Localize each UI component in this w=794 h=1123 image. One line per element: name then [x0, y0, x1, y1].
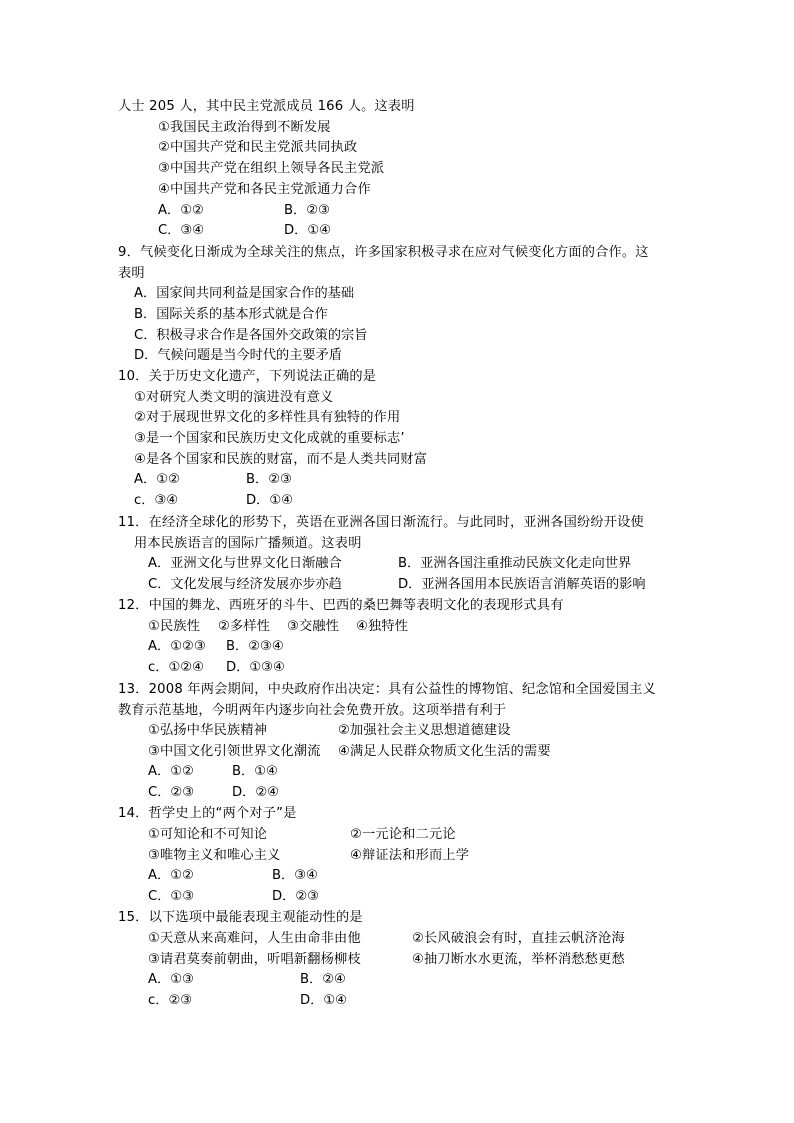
statement-3: ③交融性: [287, 617, 339, 637]
question-stem: 11．在经济全球化的形势下，英语在亚洲各国日渐流行。与此同时，亚洲各国纷纷开设使: [118, 513, 644, 533]
statement-3: ③是一个国家和民族历史文化成就的重要标志’: [134, 429, 405, 449]
statement-1: ①我国民主政治得到不断发展: [158, 118, 331, 138]
option-b: B．②③: [284, 201, 330, 221]
question-stem: 9．气候变化日渐成为全球关注的焦点，许多国家积极寻求在应对气候变化方面的合作。这: [118, 243, 649, 263]
statement-1: ①天意从来高难问，人生由命非由他: [148, 929, 361, 949]
question-stem-continued: 用本民族语言的国际广播频道。这表明: [134, 534, 362, 554]
option-c: C．积极寻求合作是各国外交政策的宗旨: [134, 326, 367, 346]
statement-1: ①弘扬中华民族精神: [148, 721, 267, 741]
option-a: A．①②: [148, 866, 194, 886]
option-a: A．亚洲文化与世界文化日渐融合: [148, 554, 342, 574]
option-b: B．亚洲各国注重推动民族文化走向世界: [398, 554, 631, 574]
statement-2: ②多样性: [218, 617, 270, 637]
option-d: D．①④: [300, 991, 347, 1011]
statement-1: ①可知论和不可知论: [148, 825, 267, 845]
option-a: A．国家间共同利益是国家合作的基础: [134, 284, 354, 304]
statement-1: ①对研究人类文明的演进没有意义: [134, 388, 333, 408]
option-c: C．②③: [148, 783, 194, 803]
option-c: C．①③: [148, 887, 194, 907]
option-c: c．①②④: [148, 658, 204, 678]
question-stem: 13．2008 年两会期间，中央政府作出决定：具有公益性的博物馆、纪念馆和全国爱…: [118, 680, 656, 700]
statement-2: ②中国共产党和民主党派共同执政: [158, 138, 357, 158]
option-c: c．②③: [148, 991, 192, 1011]
exam-page: 人士 205 人，其中民主党派成员 166 人。这表明 ①我国民主政治得到不断发…: [0, 0, 794, 1123]
option-a: A．①③: [148, 970, 194, 990]
option-c: C．③④: [158, 221, 204, 241]
statement-3: ③中国共产党在组织上领导各民主党派: [158, 159, 384, 179]
option-b: B．③④: [272, 866, 318, 886]
option-d: D．气候问题是当今时代的主要矛盾: [134, 346, 342, 366]
option-b: B．②③④: [226, 637, 284, 657]
option-d: D．①④: [284, 221, 331, 241]
question-stem-continued: 表明: [118, 264, 145, 284]
statement-3: ③中国文化引领世界文化潮流: [148, 742, 321, 762]
statement-2: ②加强社会主义思想道德建设: [338, 721, 511, 741]
statement-4: ④辩证法和形而上学: [350, 846, 469, 866]
statement-2: ②对于展现世界文化的多样性具有独特的作用: [134, 408, 400, 428]
option-a: A．①②③: [148, 637, 206, 657]
option-b: B．②④: [300, 970, 346, 990]
question-stem: 12．中国的舞龙、西班牙的斗牛、巴西的桑巴舞等表明文化的表现形式具有: [118, 596, 564, 616]
option-d: D．①③④: [226, 658, 285, 678]
option-d: D．②③: [272, 887, 319, 907]
statement-3: ③唯物主义和唯心主义: [148, 846, 281, 866]
statement-4: ④中国共产党和各民主党派通力合作: [158, 180, 371, 200]
statement-3: ③请君莫奏前朝曲，听唱新翻杨柳枝: [148, 950, 361, 970]
option-c: c．③④: [134, 491, 178, 511]
option-a: A．①②: [134, 470, 180, 490]
option-b: B．②③: [246, 470, 292, 490]
question-stem: 人士 205 人，其中民主党派成员 166 人。这表明: [118, 97, 415, 117]
statement-2: ②长风破浪会有时，直挂云帆济沧海: [412, 929, 625, 949]
statement-4: ④独特性: [356, 617, 408, 637]
option-a: A．①②: [148, 762, 194, 782]
statement-4: ④抽刀断水水更流，举杯消愁愁更愁: [412, 950, 625, 970]
option-b: B．①④: [232, 762, 278, 782]
option-d: D．①④: [246, 491, 293, 511]
option-b: B．国际关系的基本形式就是合作: [134, 305, 328, 325]
option-d: D．②④: [232, 783, 279, 803]
statement-4: ④是各个国家和民族的财富，而不是人类共同财富: [134, 450, 427, 470]
question-stem: 15．以下选项中最能表现主观能动性的是: [118, 908, 363, 928]
question-stem: 10．关于历史文化遗产，下列说法正确的是: [118, 367, 376, 387]
question-stem-continued: 教育示范基地，今明两年内逐步向社会免费开放。这项举措有利于: [118, 701, 506, 721]
statement-2: ②一元论和二元论: [350, 825, 456, 845]
statement-4: ④满足人民群众物质文化生活的需要: [338, 742, 551, 762]
statement-1: ①民族性: [148, 617, 200, 637]
question-stem: 14．哲学史上的“两个对子”是: [118, 804, 297, 824]
option-c: C．文化发展与经济发展亦步亦趋: [148, 575, 342, 595]
option-a: A．①②: [158, 201, 204, 221]
option-d: D．亚洲各国用本民族语言消解英语的影响: [398, 575, 646, 595]
